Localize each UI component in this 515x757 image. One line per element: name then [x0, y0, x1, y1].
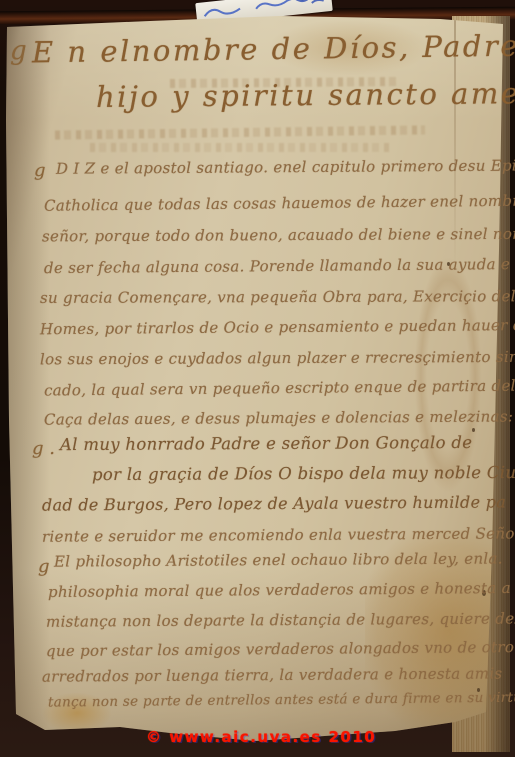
heading-paragraph-mark: g	[10, 36, 27, 66]
manuscript-line: su gracia Començare, vna pequeña Obra pa…	[40, 287, 515, 307]
paragraph-mark: g	[38, 556, 50, 577]
manuscript-line: por la graçia de Díos O bispo dela muy n…	[92, 463, 515, 484]
manuscript-line: señor, porque todo don bueno, acauado de…	[42, 225, 515, 246]
manuscript-line: los sus enojos e cuydados algun plazer e…	[40, 348, 515, 369]
manuscript-line: Al muy honrrado Padre e señor Don Gonçal…	[60, 433, 472, 454]
manuscript-line: mistança non los departe la distançia de…	[46, 609, 515, 630]
manuscript-line: philosophia moral que alos verdaderos am…	[48, 579, 511, 601]
manuscript-line: El philosopho Aristotiles enel ochauo li…	[54, 549, 503, 570]
manuscript-line: arredrados por luenga tierra, la verdade…	[42, 664, 503, 685]
manuscript-line: D I Z e el apostol santiago. enel capitu…	[56, 156, 515, 177]
heading-line: hijo y spiritu sancto amen	[96, 76, 515, 114]
manuscript-line: cado, la qual sera vn pequeño escripto e…	[44, 376, 515, 399]
manuscript-line: Caça delas aues, e desus plumajes e dole…	[44, 407, 513, 428]
manuscript-line: dad de Burgos, Pero lopez de Ayala vuest…	[42, 492, 506, 514]
paragraph-mark: g .	[32, 438, 55, 459]
manuscript-line: tança non se parte de entrellos antes es…	[48, 689, 515, 710]
copyright-watermark: © www.aic.uva.es 2010	[146, 728, 376, 746]
manuscript-line: Homes, por tirarlos de Ocio e pensamient…	[40, 316, 515, 338]
manuscript-line: riente e seruidor me encomiendo enla vue…	[42, 524, 515, 545]
paragraph-mark: g	[34, 160, 46, 181]
heading-line: E n elnombre de Díos, Padre	[32, 29, 515, 70]
page-text: g E n elnombre de Díos, Padre hijo y spi…	[0, 0, 515, 757]
manuscript-photo: g E n elnombre de Díos, Padre hijo y spi…	[0, 0, 515, 757]
manuscript-line: Catholica que todas las cosas hauemos de…	[44, 191, 515, 214]
manuscript-line: de ser fecha alguna cosa. Porende llaman…	[44, 255, 515, 277]
manuscript-line: que por estar los amigos verdaderos alon…	[46, 638, 515, 660]
